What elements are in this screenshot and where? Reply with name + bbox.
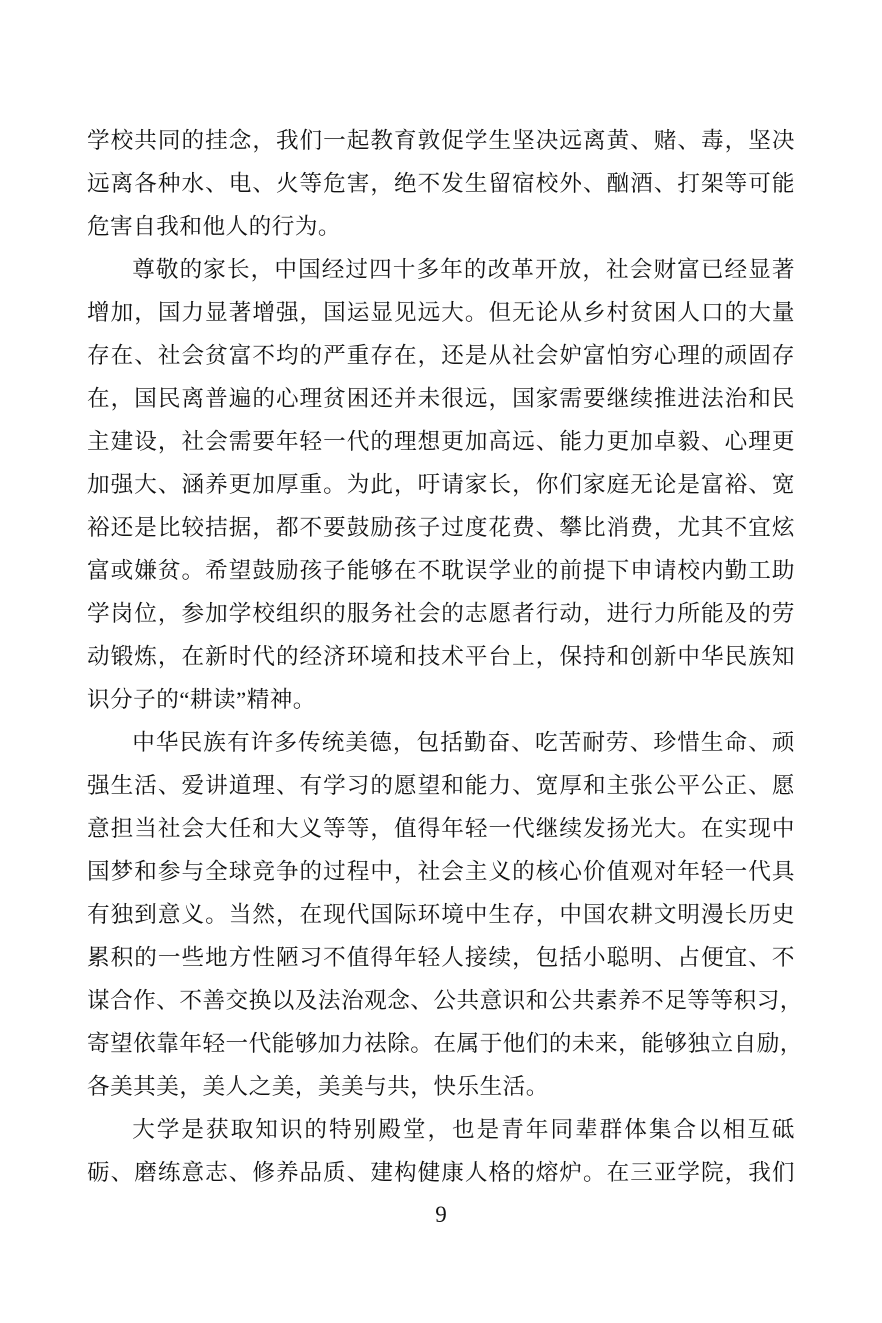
paragraph: 学校共同的挂念，我们一起教育敦促学生坚决远离黄、赌、毒，坚决 远离各种水、电、火… [87, 119, 795, 248]
text-line: 谋合作、不善交换以及法治观念、公共意识和公共素养不足等等积习， [87, 979, 795, 1022]
text-line: 有独到意义。当然，在现代国际环境中生存，中国农耕文明漫长历史 [87, 893, 795, 936]
text-line: 强生活、爱讲道理、有学习的愿望和能力、宽厚和主张公平公正、愿 [87, 764, 795, 807]
text-line: 加强大、涵养更加厚重。为此，吁请家长，你们家庭无论是富裕、宽 [87, 463, 795, 506]
text-line: 增加，国力显著增强，国运显见远大。但无论从乡村贫困人口的大量 [87, 291, 795, 334]
text-line: 学岗位，参加学校组织的服务社会的志愿者行动，进行力所能及的劳 [87, 592, 795, 635]
text-line: 动锻炼，在新时代的经济环境和技术平台上，保持和创新中华民族知 [87, 635, 795, 678]
text-line: 富或嫌贫。希望鼓励孩子能够在不耽误学业的前提下申请校内勤工助 [87, 549, 795, 592]
text-line: 在，国民离普遍的心理贫困还并未很远，国家需要继续推进法治和民 [87, 377, 795, 420]
text-line: 砺、磨练意志、修养品质、建构健康人格的熔炉。在三亚学院，我们 [87, 1151, 795, 1194]
text-line: 存在、社会贫富不均的严重存在，还是从社会妒富怕穷心理的顽固存 [87, 334, 795, 377]
text-line: 裕还是比较拮据，都不要鼓励孩子过度花费、攀比消费，尤其不宜炫 [87, 506, 795, 549]
text-line: 寄望依靠年轻一代能够加力祛除。在属于他们的未来，能够独立自励， [87, 1022, 795, 1065]
text-line: 意担当社会大任和大义等等，值得年轻一代继续发扬光大。在实现中 [87, 807, 795, 850]
text-line: 识分子的“耕读”精神。 [87, 678, 795, 721]
text-line: 中华民族有许多传统美德，包括勤奋、吃苦耐劳、珍惜生命、顽 [87, 721, 795, 764]
text-line: 国梦和参与全球竞争的过程中，社会主义的核心价值观对年轻一代具 [87, 850, 795, 893]
text-line: 大学是获取知识的特别殿堂，也是青年同辈群体集合以相互砥 [87, 1108, 795, 1151]
text-line: 尊敬的家长，中国经过四十多年的改革开放，社会财富已经显著 [87, 248, 795, 291]
text-line: 危害自我和他人的行为。 [87, 205, 795, 248]
page-number: 9 [0, 1198, 882, 1232]
paragraph: 大学是获取知识的特别殿堂，也是青年同辈群体集合以相互砥 砺、磨练意志、修养品质、… [87, 1108, 795, 1194]
text-line: 各美其美，美人之美，美美与共，快乐生活。 [87, 1065, 795, 1108]
text-line: 学校共同的挂念，我们一起教育敦促学生坚决远离黄、赌、毒，坚决 [87, 119, 795, 162]
text-line: 主建设，社会需要年轻一代的理想更加高远、能力更加卓毅、心理更 [87, 420, 795, 463]
document-page: 学校共同的挂念，我们一起教育敦促学生坚决远离黄、赌、毒，坚决 远离各种水、电、火… [0, 0, 882, 1323]
body-text: 学校共同的挂念，我们一起教育敦促学生坚决远离黄、赌、毒，坚决 远离各种水、电、火… [87, 119, 795, 1194]
text-line: 累积的一些地方性陋习不值得年轻人接续，包括小聪明、占便宜、不 [87, 936, 795, 979]
paragraph: 尊敬的家长，中国经过四十多年的改革开放，社会财富已经显著 增加，国力显著增强，国… [87, 248, 795, 721]
paragraph: 中华民族有许多传统美德，包括勤奋、吃苦耐劳、珍惜生命、顽 强生活、爱讲道理、有学… [87, 721, 795, 1108]
text-line: 远离各种水、电、火等危害，绝不发生留宿校外、酗酒、打架等可能 [87, 162, 795, 205]
